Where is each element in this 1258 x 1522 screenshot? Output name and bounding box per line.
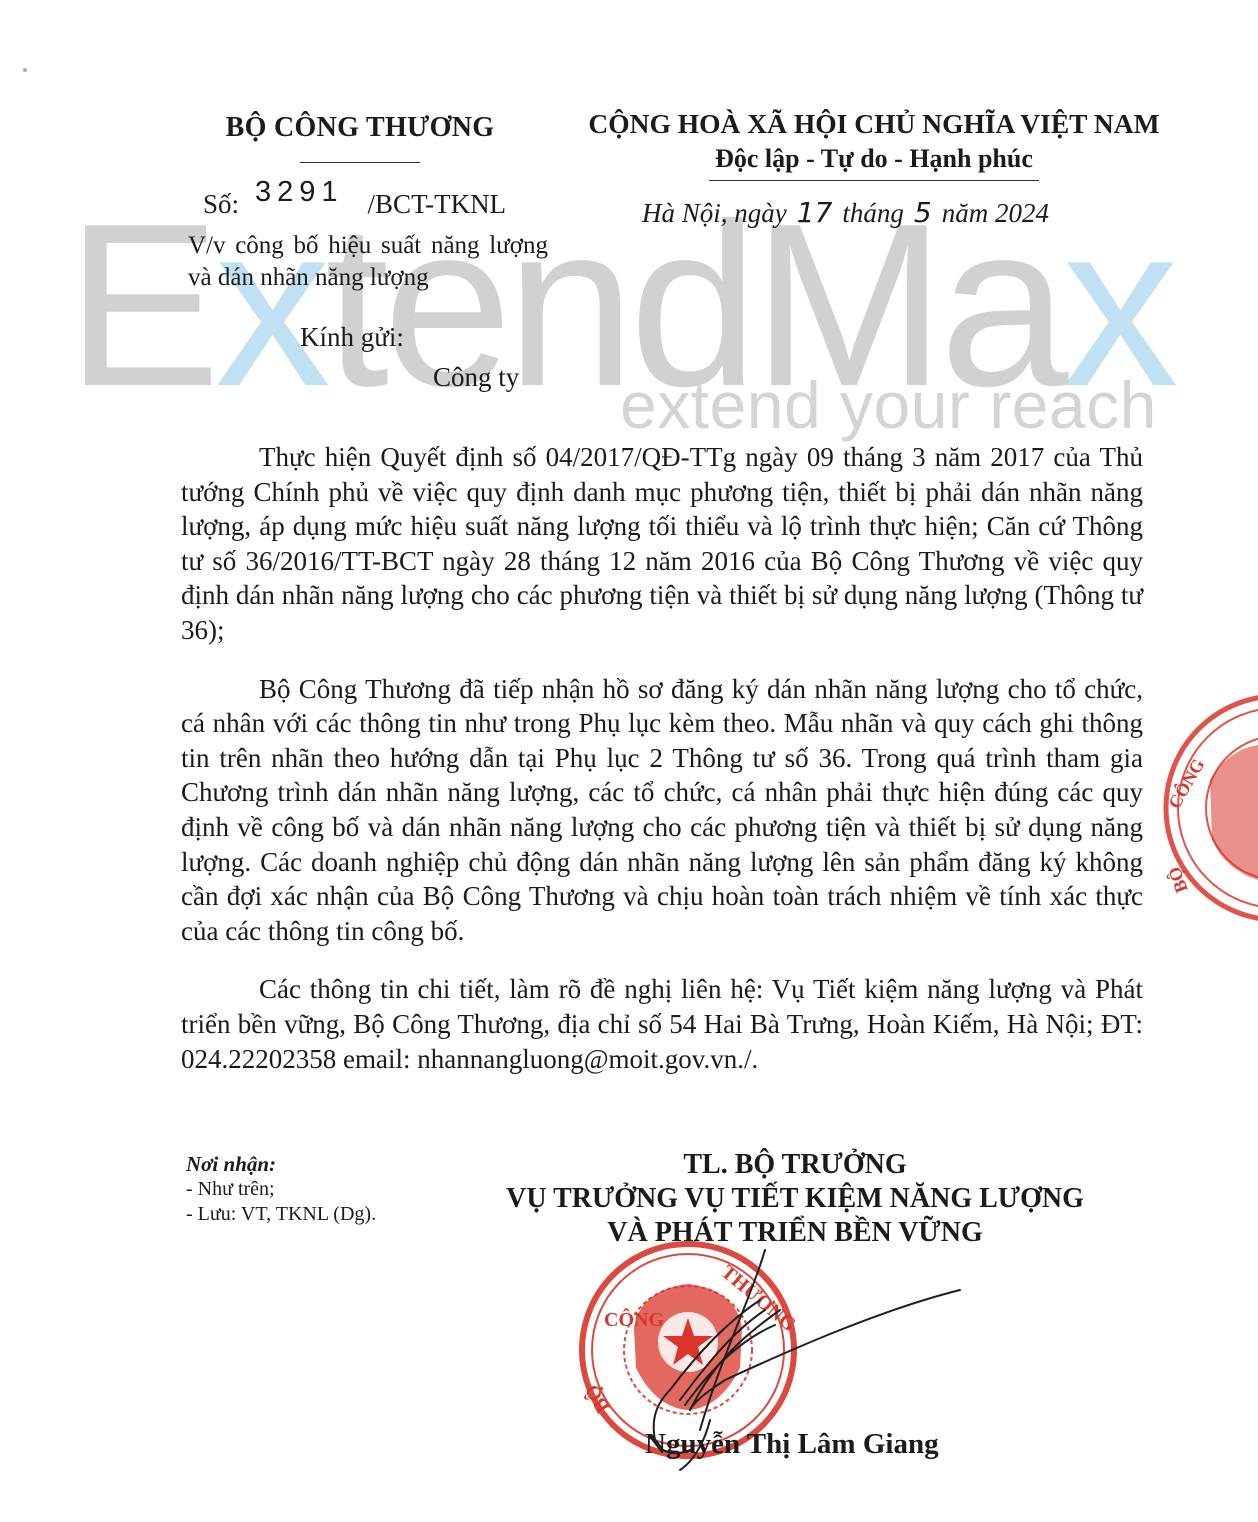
year-label: năm 2024 xyxy=(942,198,1049,228)
recipients-list: Nơi nhận: - Như trên; - Lưu: VT, TKNL (D… xyxy=(186,1152,376,1227)
signature-block: TL. BỘ TRƯỞNG VỤ TRƯỞNG VỤ TIẾT KIỆM NĂN… xyxy=(470,1148,1120,1250)
paragraph: Bộ Công Thương đã tiếp nhận hồ sơ đăng k… xyxy=(181,672,1143,949)
sign-line: TL. BỘ TRƯỞNG xyxy=(470,1148,1120,1182)
number-value: 3291 xyxy=(255,176,344,208)
svg-text:BỘ: BỘ xyxy=(1163,864,1192,896)
issuing-authority: BỘ CÔNG THƯƠNG xyxy=(170,112,550,163)
watermark-tagline: extend your reach xyxy=(620,372,1157,438)
divider xyxy=(300,162,420,163)
recipient-item: - Như trên; xyxy=(186,1177,376,1202)
recipients-label: Nơi nhận: xyxy=(186,1152,376,1177)
number-label: Số: xyxy=(203,189,239,219)
addressee-label: Kính gửi: xyxy=(300,322,404,353)
document-number: Số:3291/BCT-TKNL xyxy=(203,188,506,221)
nation-name: CỘNG HOÀ XÃ HỘI CHỦ NGHĨA VIỆT NAM xyxy=(578,108,1170,140)
sign-line: VỤ TRƯỞNG VỤ TIẾT KIỆM NĂNG LƯỢNG xyxy=(470,1182,1120,1216)
seal-partial-icon: CÔNG BỘ xyxy=(1148,690,1258,930)
month-label: tháng xyxy=(842,198,904,228)
national-motto: Độc lập - Tự do - Hạnh phúc xyxy=(578,144,1170,174)
ministry-name: BỘ CÔNG THƯƠNG xyxy=(170,112,550,144)
number-suffix: /BCT-TKNL xyxy=(368,189,507,219)
paragraph: Các thông tin chi tiết, làm rõ đề nghị l… xyxy=(181,972,1143,1076)
subject-line: V/v công bố hiệu suất năng lượng và dán … xyxy=(188,230,548,294)
national-heading: CỘNG HOÀ XÃ HỘI CHỦ NGHĨA VIỆT NAM Độc l… xyxy=(578,108,1170,181)
scan-speck xyxy=(23,68,27,72)
paragraph: Thực hiện Quyết định số 04/2017/QĐ-TTg n… xyxy=(181,440,1143,648)
date-prefix: Hà Nội, ngày xyxy=(642,198,787,228)
addressee: Công ty xyxy=(433,362,519,393)
document-date: Hà Nội, ngày17tháng5năm 2024 xyxy=(642,196,1049,229)
letter-body: Thực hiện Quyết định số 04/2017/QĐ-TTg n… xyxy=(181,440,1143,1100)
date-month: 5 xyxy=(914,196,932,229)
date-day: 17 xyxy=(797,196,833,229)
handwritten-signature-icon xyxy=(640,1240,970,1480)
divider xyxy=(709,180,1039,181)
recipient-item: - Lưu: VT, TKNL (Dg). xyxy=(186,1202,376,1227)
